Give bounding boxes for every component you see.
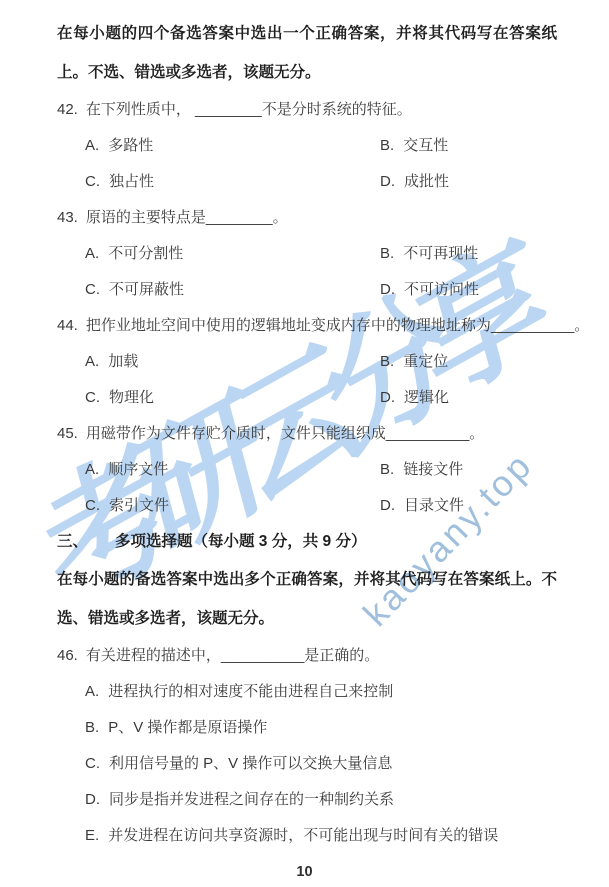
options-list: A.进程执行的相对速度不能由进程自己来控制 B.P、V 操作都是原语操作 C.利…	[57, 674, 557, 854]
option-label: A.	[85, 683, 99, 700]
option-label: C.	[85, 755, 100, 772]
option-text: 重定位	[403, 353, 448, 370]
option-label: C.	[85, 389, 100, 406]
option-b: B.不可再现性	[380, 236, 557, 272]
question-text: 有关进程的描述中，__________是正确的。	[86, 647, 379, 664]
option-d: D.成批性	[380, 164, 557, 200]
question-number: 43.	[57, 209, 78, 226]
option-text: 不可分割性	[108, 245, 183, 262]
option-text: 不可访问性	[404, 281, 479, 298]
option-c: C.不可屏蔽性	[85, 272, 380, 308]
section-title: 多项选择题（每小题 3 分，共 9 分）	[115, 533, 366, 550]
option-label: D.	[380, 389, 395, 406]
question-45: 45.用磁带作为文件存贮介质时，文件只能组织成__________。 A.顺序文…	[57, 416, 557, 524]
single-choice-instructions: 在每小题的四个备选答案中选出一个正确答案，并将其代码写在答案纸上。不选、错选或多…	[57, 14, 557, 92]
option-text: 多路性	[108, 137, 153, 154]
option-a: A.进程执行的相对速度不能由进程自己来控制	[85, 674, 557, 710]
option-label: C.	[85, 497, 100, 514]
question-43: 43.原语的主要特点是________。 A.不可分割性 B.不可再现性 C.不…	[57, 200, 557, 308]
option-a: A.多路性	[85, 128, 380, 164]
question-line: 45.用磁带作为文件存贮介质时，文件只能组织成__________。	[57, 416, 557, 452]
option-b: B.P、V 操作都是原语操作	[85, 710, 557, 746]
option-label: A.	[85, 245, 99, 262]
question-text: 用磁带作为文件存贮介质时，文件只能组织成__________。	[86, 425, 484, 442]
option-c: C.独占性	[85, 164, 380, 200]
option-d: D.同步是指并发进程之间存在的一种制约关系	[85, 782, 557, 818]
option-label: B.	[380, 461, 394, 478]
exam-page: 考研云分享 kaoyany.top 在每小题的四个备选答案中选出一个正确答案，并…	[0, 0, 609, 887]
option-c: C.索引文件	[85, 488, 380, 524]
option-text: 不可再现性	[403, 245, 478, 262]
option-label: B.	[85, 719, 99, 736]
option-c: C.物理化	[85, 380, 380, 416]
option-c: C.利用信号量的 P、V 操作可以交换大量信息	[85, 746, 557, 782]
option-text: 逻辑化	[404, 389, 449, 406]
option-label: C.	[85, 173, 100, 190]
question-text: 原语的主要特点是________。	[86, 209, 288, 226]
option-d: D.逻辑化	[380, 380, 557, 416]
option-label: B.	[380, 353, 394, 370]
option-text: 成批性	[404, 173, 449, 190]
option-text: 加载	[108, 353, 138, 370]
page-content: 在每小题的四个备选答案中选出一个正确答案，并将其代码写在答案纸上。不选、错选或多…	[57, 14, 557, 854]
question-number: 46.	[57, 647, 78, 664]
question-text: 在下列性质中， ________不是分时系统的特征。	[86, 101, 412, 118]
option-d: D.目录文件	[380, 488, 557, 524]
option-text: 链接文件	[403, 461, 463, 478]
option-a: A.加载	[85, 344, 380, 380]
question-number: 44.	[57, 317, 78, 334]
section-number: 三、	[57, 524, 115, 560]
option-label: D.	[380, 173, 395, 190]
option-text: 物理化	[109, 389, 154, 406]
options-grid: A.顺序文件 B.链接文件 C.索引文件 D.目录文件	[57, 452, 557, 524]
multi-choice-instructions: 在每小题的备选答案中选出多个正确答案，并将其代码写在答案纸上。不选、错选或多选者…	[57, 560, 557, 638]
option-text: 交互性	[403, 137, 448, 154]
option-label: B.	[380, 137, 394, 154]
question-line: 44.把作业地址空间中使用的逻辑地址变成内存中的物理地址称为__________…	[57, 308, 557, 344]
option-text: 目录文件	[404, 497, 464, 514]
option-label: A.	[85, 353, 99, 370]
option-label: D.	[85, 791, 100, 808]
question-line: 42.在下列性质中， ________不是分时系统的特征。	[57, 92, 557, 128]
option-text: P、V 操作都是原语操作	[108, 719, 267, 736]
option-d: D.不可访问性	[380, 272, 557, 308]
option-text: 独占性	[109, 173, 154, 190]
option-text: 进程执行的相对速度不能由进程自己来控制	[108, 683, 393, 700]
question-46: 46.有关进程的描述中，__________是正确的。 A.进程执行的相对速度不…	[57, 638, 557, 854]
section-header: 三、多项选择题（每小题 3 分，共 9 分）	[57, 524, 557, 560]
option-text: 并发进程在访问共享资源时，不可能出现与时间有关的错误	[108, 827, 498, 844]
option-text: 不可屏蔽性	[109, 281, 184, 298]
option-a: A.顺序文件	[85, 452, 380, 488]
question-number: 42.	[57, 101, 78, 118]
option-a: A.不可分割性	[85, 236, 380, 272]
option-text: 同步是指并发进程之间存在的一种制约关系	[109, 791, 394, 808]
option-text: 利用信号量的 P、V 操作可以交换大量信息	[109, 755, 392, 772]
options-grid: A.不可分割性 B.不可再现性 C.不可屏蔽性 D.不可访问性	[57, 236, 557, 308]
question-text: 把作业地址空间中使用的逻辑地址变成内存中的物理地址称为__________。	[86, 317, 589, 334]
option-label: A.	[85, 461, 99, 478]
option-b: B.链接文件	[380, 452, 557, 488]
option-label: E.	[85, 827, 99, 844]
option-e: E.并发进程在访问共享资源时，不可能出现与时间有关的错误	[85, 818, 557, 854]
question-line: 46.有关进程的描述中，__________是正确的。	[57, 638, 557, 674]
option-label: B.	[380, 245, 394, 262]
page-number: 10	[0, 864, 609, 880]
option-label: D.	[380, 497, 395, 514]
option-b: B.交互性	[380, 128, 557, 164]
question-line: 43.原语的主要特点是________。	[57, 200, 557, 236]
options-grid: A.多路性 B.交互性 C.独占性 D.成批性	[57, 128, 557, 200]
option-label: C.	[85, 281, 100, 298]
option-text: 索引文件	[109, 497, 169, 514]
option-b: B.重定位	[380, 344, 557, 380]
option-label: D.	[380, 281, 395, 298]
option-text: 顺序文件	[108, 461, 168, 478]
question-44: 44.把作业地址空间中使用的逻辑地址变成内存中的物理地址称为__________…	[57, 308, 557, 416]
question-number: 45.	[57, 425, 78, 442]
options-grid: A.加载 B.重定位 C.物理化 D.逻辑化	[57, 344, 557, 416]
question-42: 42.在下列性质中， ________不是分时系统的特征。 A.多路性 B.交互…	[57, 92, 557, 200]
option-label: A.	[85, 137, 99, 154]
